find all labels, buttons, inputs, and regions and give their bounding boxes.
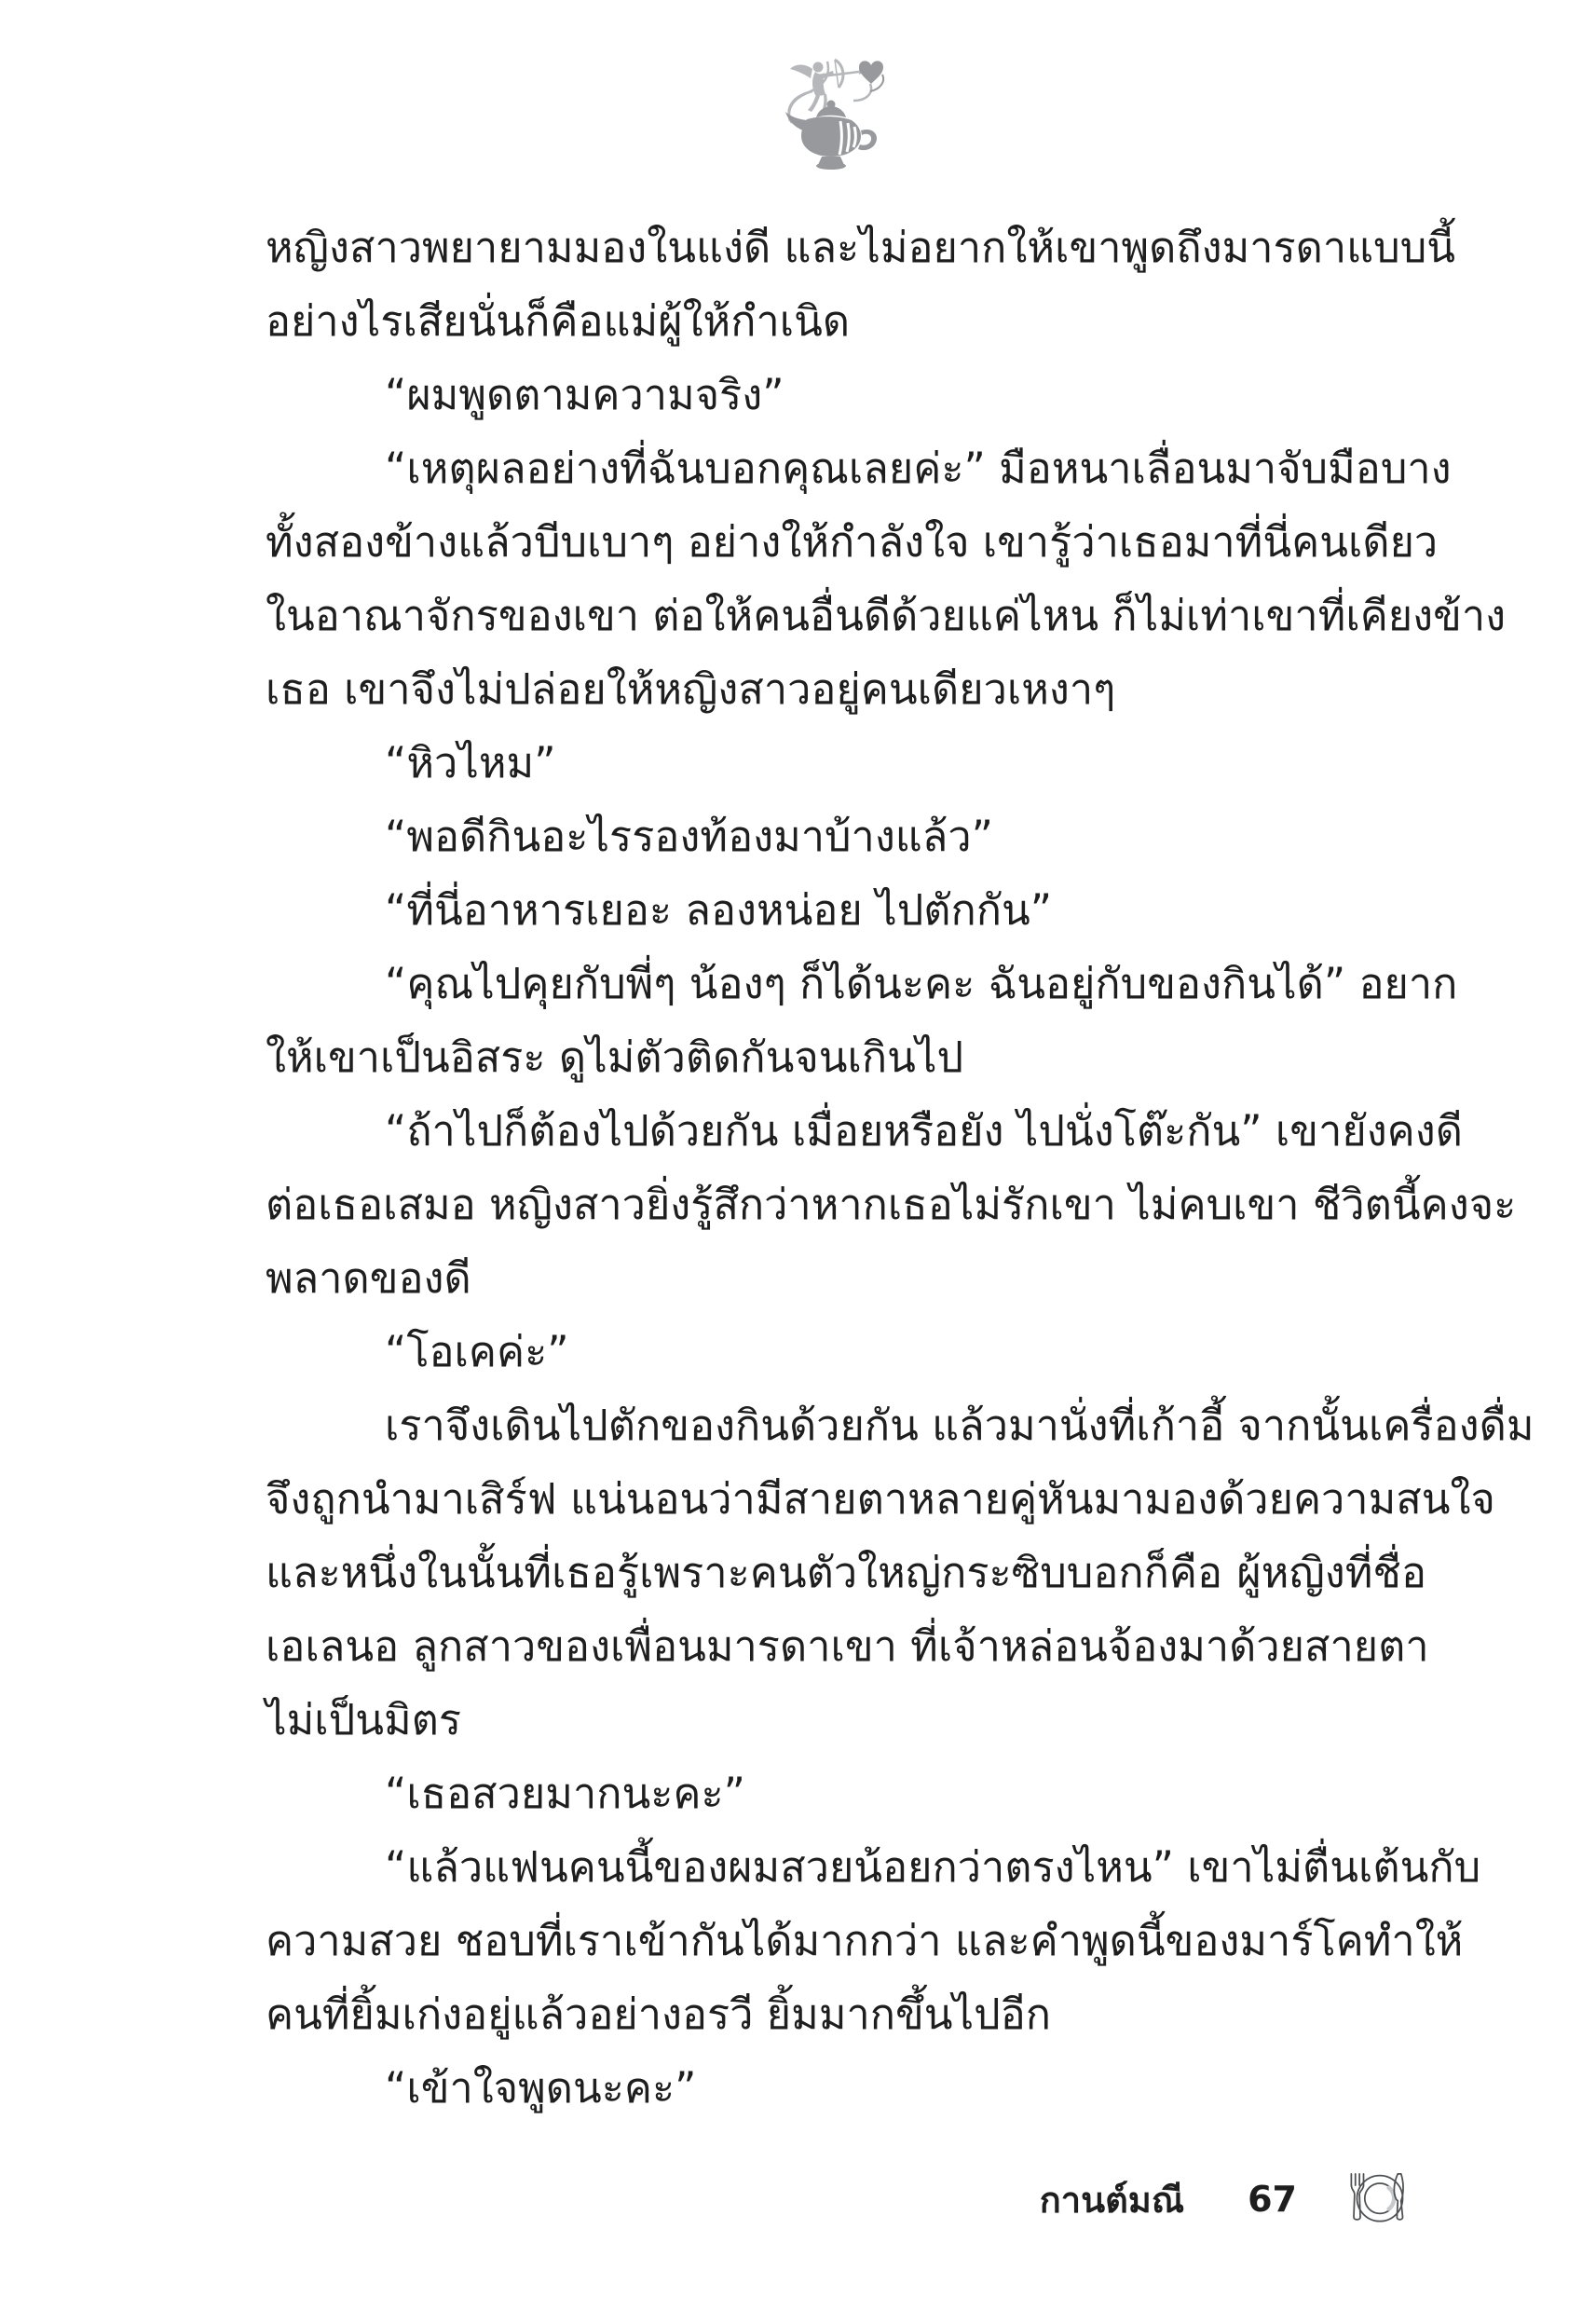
text-line: พลาดของดี bbox=[266, 1241, 1426, 1315]
text-line: ความสวย ชอบที่เราเข้ากันได้มากกว่า และคำ… bbox=[266, 1904, 1426, 1977]
text-line: เราจึงเดินไปตักของกินด้วยกัน แล้วมานั่งท… bbox=[266, 1388, 1426, 1462]
text-line: “หิวไหม” bbox=[266, 726, 1426, 800]
text-line: ให้เขาเป็นอิสระ ดูไม่ตัวติดกันจนเกินไป bbox=[266, 1020, 1426, 1094]
text-line: ทั้งสองข้างแล้วบีบเบาๆ อย่างให้กำลังใจ เ… bbox=[266, 505, 1426, 579]
text-line: ต่อเธอเสมอ หญิงสาวยิ่งรู้สึกว่าหากเธอไม่… bbox=[266, 1168, 1426, 1241]
text-line: “ที่นี่อาหารเยอะ ลองหน่อย ไปตักกัน” bbox=[266, 873, 1426, 947]
text-line: หญิงสาวพยายามมองในแง่ดี และไม่อยากให้เขา… bbox=[266, 211, 1426, 284]
text-line: อย่างไรเสียนั่นก็คือแม่ผู้ให้กำเนิด bbox=[266, 284, 1426, 358]
running-title: กานต์มณี bbox=[1040, 2171, 1184, 2228]
text-line: “เหตุผลอย่างที่ฉันบอกคุณเลยค่ะ” มือหนาเล… bbox=[266, 431, 1426, 505]
cupid-genie-lamp-icon bbox=[781, 52, 896, 173]
text-line: และหนึ่งในนั้นที่เธอรู้เพราะคนตัวใหญ่กระ… bbox=[266, 1536, 1426, 1609]
text-line: “แล้วแฟนคนนี้ของผมสวยน้อยกว่าตรงไหน” เขา… bbox=[266, 1830, 1426, 1904]
genie-lamp bbox=[785, 101, 877, 171]
text-line: เอเลนอ ลูกสาวของเพื่อนมารดาเขา ที่เจ้าหล… bbox=[266, 1609, 1426, 1683]
plate-cutlery-icon bbox=[1341, 2167, 1419, 2232]
text-line: “เธอสวยมากนะคะ” bbox=[266, 1757, 1426, 1830]
body-text-column: หญิงสาวพยายามมองในแง่ดี และไม่อยากให้เขา… bbox=[266, 211, 1426, 2125]
text-line: “เข้าใจพูดนะคะ” bbox=[266, 2051, 1426, 2125]
text-line: ในอาณาจักรของเขา ต่อให้คนอื่นดีด้วยแค่ไห… bbox=[266, 579, 1426, 652]
text-line: “พอดีกินอะไรรองท้องมาบ้างแล้ว” bbox=[266, 800, 1426, 873]
text-line: “ผมพูดตามความจริง” bbox=[266, 358, 1426, 431]
text-line: คนที่ยิ้มเก่งอยู่แล้วอย่างอรวี ยิ้มมากขึ… bbox=[266, 1977, 1426, 2051]
text-line: จึงถูกนำมาเสิร์ฟ แน่นอนว่ามีสายตาหลายคู่… bbox=[266, 1462, 1426, 1536]
text-line: เธอ เขาจึงไม่ปล่อยให้หญิงสาวอยู่คนเดียวเ… bbox=[266, 652, 1426, 726]
knife-icon bbox=[1394, 2174, 1403, 2220]
text-line: “ถ้าไปก็ต้องไปด้วยกัน เมื่อยหรือยัง ไปนั… bbox=[266, 1094, 1426, 1168]
text-line: “โอเคค่ะ” bbox=[266, 1315, 1426, 1388]
text-line: “คุณไปคุยกับพี่ๆ น้องๆ ก็ได้นะคะ ฉันอยู่… bbox=[266, 947, 1426, 1020]
text-line: ไม่เป็นมิตร bbox=[266, 1683, 1426, 1757]
page-number: 67 bbox=[1248, 2179, 1297, 2220]
page-footer: กานต์มณี 67 bbox=[1040, 2164, 1419, 2235]
book-page: หญิงสาวพยายามมองในแง่ดี และไม่อยากให้เขา… bbox=[0, 0, 1596, 2311]
